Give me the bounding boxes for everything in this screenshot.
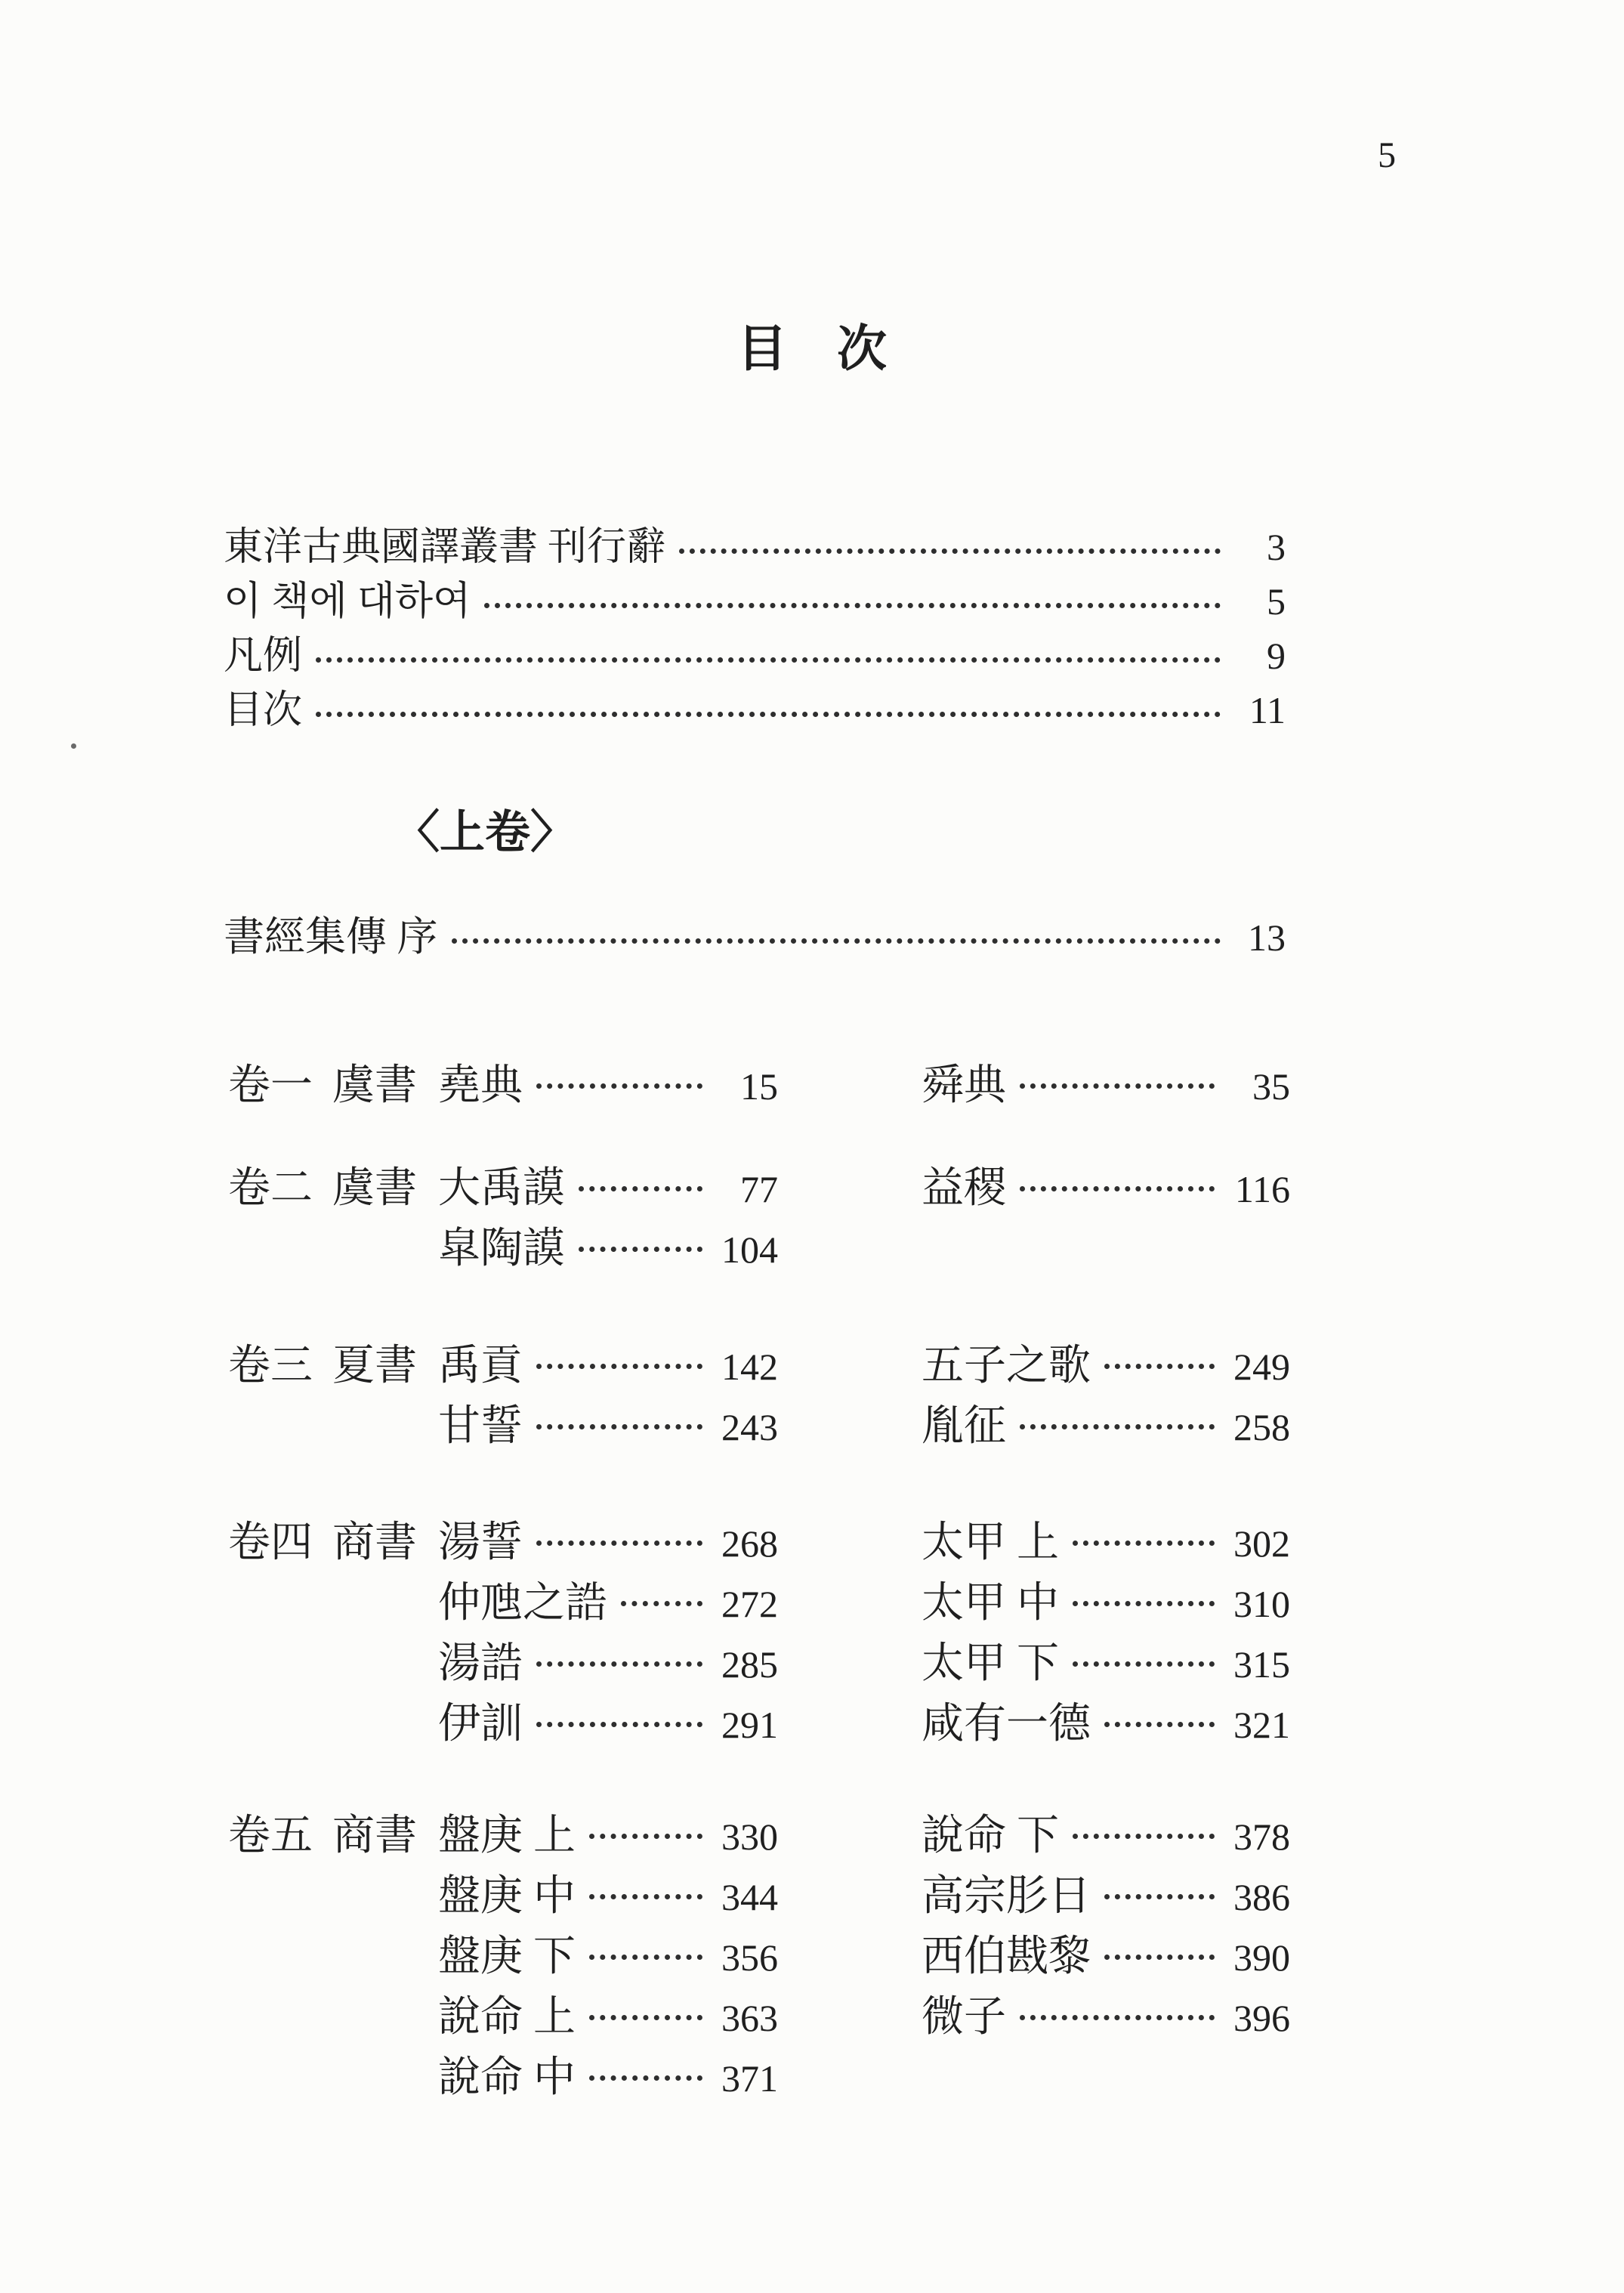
entry-page-number: 272 bbox=[713, 1582, 778, 1626]
dot-leader bbox=[679, 541, 1221, 554]
dot-leader bbox=[1073, 1654, 1215, 1667]
toc-entry: 凡例 9 bbox=[224, 629, 1286, 683]
book-name: 商書 bbox=[332, 1812, 417, 1859]
dot-leader bbox=[1104, 1947, 1215, 1960]
toc-entry: 이 책에 대하여 5 bbox=[224, 574, 1286, 629]
toc-entry: 盤庚 中 344 bbox=[438, 1862, 778, 1923]
table-row: 湯誥 285 太甲 下 315 bbox=[228, 1630, 1290, 1690]
preface-entry: 書經集傳 序 13 bbox=[224, 908, 1286, 966]
dot-leader bbox=[589, 2068, 702, 2081]
toc-entry: 太甲 上 302 bbox=[922, 1509, 1290, 1569]
dot-leader bbox=[536, 1356, 702, 1369]
dot-leader bbox=[452, 931, 1221, 944]
entry-title: 盤庚 下 bbox=[438, 1923, 576, 1983]
table-row: 卷二虞書 大禹謨 77 益稷 116 bbox=[228, 1154, 1290, 1215]
toc-entry: 湯誥 285 bbox=[438, 1630, 778, 1690]
entry-title: 東洋古典國譯叢書 刊行辭 bbox=[224, 521, 665, 575]
toc-entry: 甘誓 243 bbox=[438, 1392, 778, 1453]
entry-page-number: 116 bbox=[1225, 1167, 1290, 1211]
entry-title: 西伯戡黎 bbox=[922, 1923, 1091, 1983]
table-row: 卷五商書 盤庚 上 330 說命 下 378 bbox=[228, 1802, 1290, 1862]
toc-entry: 說命 下 378 bbox=[922, 1802, 1290, 1862]
entry-page-number: 315 bbox=[1225, 1642, 1290, 1686]
volume-number: 卷三 bbox=[228, 1343, 313, 1389]
table-row: 說命 中 371 bbox=[228, 2044, 1290, 2104]
entry-title: 書經集傳 序 bbox=[224, 908, 438, 966]
table-row: 盤庚 下 356 西伯戡黎 390 bbox=[228, 1923, 1290, 1983]
dot-leader bbox=[316, 704, 1221, 717]
entry-page-number: 142 bbox=[713, 1345, 778, 1389]
entry-title: 胤征 bbox=[922, 1392, 1006, 1453]
toc-entry: 大禹謨 77 bbox=[438, 1154, 778, 1215]
entry-page-number: 363 bbox=[713, 1996, 778, 2040]
page-number: 5 bbox=[1378, 138, 1396, 174]
toc-entry: 伊訓 291 bbox=[438, 1690, 778, 1751]
dot-leader bbox=[1020, 1417, 1215, 1429]
dot-leader bbox=[1073, 1826, 1215, 1839]
table-row: 甘誓 243 胤征 258 bbox=[228, 1392, 1290, 1453]
entry-title: 高宗肜日 bbox=[922, 1862, 1091, 1923]
entry-page-number: 268 bbox=[713, 1522, 778, 1565]
toc-entry: 堯典 15 bbox=[438, 1052, 778, 1112]
entry-page-number: 5 bbox=[1231, 574, 1286, 629]
entry-page-number: 77 bbox=[713, 1167, 778, 1211]
entry-page-number: 330 bbox=[713, 1815, 778, 1859]
dot-leader bbox=[536, 1714, 702, 1727]
toc-entry: 盤庚 下 356 bbox=[438, 1923, 778, 1983]
front-matter-list: 東洋古典國譯叢書 刊行辭 3 이 책에 대하여 5 凡例 9 目次 11 bbox=[224, 520, 1286, 737]
table-row: 卷四商書 湯誓 268 太甲 上 302 bbox=[228, 1509, 1290, 1569]
toc-entry: 東洋古典國譯叢書 刊行辭 3 bbox=[224, 520, 1286, 574]
book-name: 虞書 bbox=[332, 1165, 417, 1212]
toc-entry: 微子 396 bbox=[922, 1983, 1290, 2044]
dot-leader bbox=[1104, 1356, 1215, 1369]
entry-page-number: 344 bbox=[713, 1875, 778, 1919]
book-name: 商書 bbox=[332, 1519, 417, 1566]
volume-number: 卷二 bbox=[228, 1165, 313, 1212]
entry-page-number: 302 bbox=[1225, 1522, 1290, 1565]
toc-entry: 胤征 258 bbox=[922, 1392, 1290, 1453]
scanned-toc-page: 5 目 次 東洋古典國譯叢書 刊行辭 3 이 책에 대하여 5 凡例 9 目次 … bbox=[0, 0, 1624, 2293]
book-name: 夏書 bbox=[332, 1343, 417, 1389]
volume-label: 卷二虞書 bbox=[228, 1154, 438, 1215]
entry-title: 目次 bbox=[224, 684, 302, 738]
entry-page-number: 9 bbox=[1231, 629, 1286, 683]
volume-number: 卷一 bbox=[228, 1062, 313, 1109]
toc-entry: 說命 中 371 bbox=[438, 2044, 778, 2104]
dot-leader bbox=[536, 1417, 702, 1429]
toc-entry: 舜典 35 bbox=[922, 1052, 1290, 1112]
toc-entry: 咸有一德 321 bbox=[922, 1690, 1290, 1751]
entry-title: 堯典 bbox=[438, 1052, 523, 1112]
dot-leader bbox=[1073, 1593, 1215, 1606]
entry-page-number: 243 bbox=[713, 1405, 778, 1449]
toc-entry: 益稷 116 bbox=[922, 1154, 1290, 1215]
toc-entry: 湯誓 268 bbox=[438, 1509, 778, 1569]
table-row: 盤庚 中 344 高宗肜日 386 bbox=[228, 1862, 1290, 1923]
entry-title: 이 책에 대하여 bbox=[224, 575, 471, 629]
chapter-group: 卷三夏書 禹貢 142 五子之歌 249 甘誓 bbox=[228, 1332, 1290, 1453]
toc-entry: 盤庚 上 330 bbox=[438, 1802, 778, 1862]
book-name: 虞書 bbox=[332, 1062, 417, 1109]
entry-page-number: 371 bbox=[713, 2057, 778, 2100]
chapter-list: 卷一虞書 堯典 15 舜典 35 卷二虞書 bbox=[228, 1052, 1290, 2104]
entry-title: 盤庚 中 bbox=[438, 1862, 576, 1923]
dot-leader bbox=[1020, 1179, 1215, 1191]
toc-entry: 說命 上 363 bbox=[438, 1983, 778, 2044]
entry-title: 伊訓 bbox=[438, 1690, 523, 1751]
entry-title: 說命 下 bbox=[922, 1802, 1059, 1862]
dot-leader bbox=[1020, 2007, 1215, 2020]
dot-leader bbox=[484, 595, 1221, 608]
entry-title: 凡例 bbox=[224, 629, 302, 684]
entry-page-number: 11 bbox=[1231, 683, 1286, 737]
table-row: 說命 上 363 微子 396 bbox=[228, 1983, 1290, 2044]
chapter-group: 卷五商書 盤庚 上 330 說命 下 378 盤庚 中 bbox=[228, 1802, 1290, 2104]
entry-title: 禹貢 bbox=[438, 1332, 523, 1392]
entry-title: 咸有一德 bbox=[922, 1690, 1091, 1751]
entry-page-number: 321 bbox=[1225, 1703, 1290, 1747]
toc-entry: 高宗肜日 386 bbox=[922, 1862, 1290, 1923]
entry-title: 微子 bbox=[922, 1983, 1006, 2044]
entry-page-number: 386 bbox=[1225, 1875, 1290, 1919]
entry-page-number: 356 bbox=[713, 1936, 778, 1979]
chapter-group: 卷二虞書 大禹謨 77 益稷 116 皐陶謨 bbox=[228, 1154, 1290, 1275]
volume-label: 卷五商書 bbox=[228, 1802, 438, 1862]
volume-number: 卷四 bbox=[228, 1519, 313, 1566]
dot-leader bbox=[579, 1179, 702, 1191]
toc-entry: 目次 11 bbox=[224, 683, 1286, 737]
chapter-group: 卷四商書 湯誓 268 太甲 上 302 仲虺之誥 bbox=[228, 1509, 1290, 1751]
table-row: 仲虺之誥 272 太甲 中 310 bbox=[228, 1569, 1290, 1630]
entry-page-number: 13 bbox=[1231, 909, 1286, 966]
entry-title: 湯誓 bbox=[438, 1509, 523, 1569]
page-title: 目 次 bbox=[0, 325, 1624, 375]
dot-leader bbox=[589, 2007, 702, 2020]
entry-page-number: 396 bbox=[1225, 1996, 1290, 2040]
table-row: 皐陶謨 104 bbox=[228, 1215, 1290, 1275]
entry-title: 五子之歌 bbox=[922, 1332, 1091, 1392]
entry-page-number: 104 bbox=[713, 1228, 778, 1272]
dot-leader bbox=[316, 650, 1221, 663]
entry-page-number: 390 bbox=[1225, 1936, 1290, 1979]
dot-leader bbox=[579, 1239, 702, 1252]
entry-title: 仲虺之誥 bbox=[438, 1569, 607, 1630]
dot-leader bbox=[1104, 1714, 1215, 1727]
volume-number: 卷五 bbox=[228, 1812, 313, 1859]
dot-leader bbox=[589, 1947, 702, 1960]
entry-title: 舜典 bbox=[922, 1052, 1006, 1112]
table-row: 卷一虞書 堯典 15 舜典 35 bbox=[228, 1052, 1290, 1112]
table-row: 伊訓 291 咸有一德 321 bbox=[228, 1690, 1290, 1751]
entry-page-number: 291 bbox=[713, 1703, 778, 1747]
entry-page-number: 285 bbox=[713, 1642, 778, 1686]
entry-page-number: 310 bbox=[1225, 1582, 1290, 1626]
dot-leader bbox=[1073, 1533, 1215, 1546]
entry-title: 太甲 上 bbox=[922, 1509, 1059, 1569]
entry-title: 太甲 中 bbox=[922, 1569, 1059, 1630]
entry-page-number: 35 bbox=[1225, 1065, 1290, 1108]
dot-leader bbox=[536, 1533, 702, 1546]
dot-leader bbox=[1020, 1076, 1215, 1089]
toc-entry: 仲虺之誥 272 bbox=[438, 1569, 778, 1630]
entry-page-number: 258 bbox=[1225, 1405, 1290, 1449]
dot-leader bbox=[1104, 1887, 1215, 1899]
volume-label: 卷四商書 bbox=[228, 1509, 438, 1569]
toc-entry: 太甲 中 310 bbox=[922, 1569, 1290, 1630]
entry-title: 大禹謨 bbox=[438, 1154, 565, 1215]
entry-title: 湯誥 bbox=[438, 1630, 523, 1690]
toc-entry: 太甲 下 315 bbox=[922, 1630, 1290, 1690]
entry-page-number: 378 bbox=[1225, 1815, 1290, 1859]
dot-leader bbox=[589, 1826, 702, 1839]
toc-entry: 西伯戡黎 390 bbox=[922, 1923, 1290, 1983]
entry-title: 皐陶謨 bbox=[438, 1215, 565, 1275]
table-row: 卷三夏書 禹貢 142 五子之歌 249 bbox=[228, 1332, 1290, 1392]
volume-heading: 〈上卷〉 bbox=[394, 805, 576, 860]
chapter-group: 卷一虞書 堯典 15 舜典 35 bbox=[228, 1052, 1290, 1112]
volume-label: 卷三夏書 bbox=[228, 1332, 438, 1392]
toc-entry: 禹貢 142 bbox=[438, 1332, 778, 1392]
entry-title: 盤庚 上 bbox=[438, 1802, 576, 1862]
entry-title: 說命 上 bbox=[438, 1983, 576, 2044]
entry-page-number: 249 bbox=[1225, 1345, 1290, 1389]
entry-page-number: 3 bbox=[1231, 520, 1286, 574]
entry-page-number: 15 bbox=[713, 1065, 778, 1108]
entry-title: 甘誓 bbox=[438, 1392, 523, 1453]
entry-title: 太甲 下 bbox=[922, 1630, 1059, 1690]
toc-entry: 皐陶謨 104 bbox=[438, 1215, 778, 1275]
dot-leader bbox=[536, 1076, 702, 1089]
dot-leader bbox=[536, 1654, 702, 1667]
scan-speck bbox=[71, 743, 76, 749]
entry-title: 說命 中 bbox=[438, 2044, 576, 2104]
toc-entry: 五子之歌 249 bbox=[922, 1332, 1290, 1392]
entry-title: 益稷 bbox=[922, 1154, 1006, 1215]
dot-leader bbox=[621, 1593, 702, 1606]
volume-label: 卷一虞書 bbox=[228, 1052, 438, 1112]
dot-leader bbox=[589, 1887, 702, 1899]
